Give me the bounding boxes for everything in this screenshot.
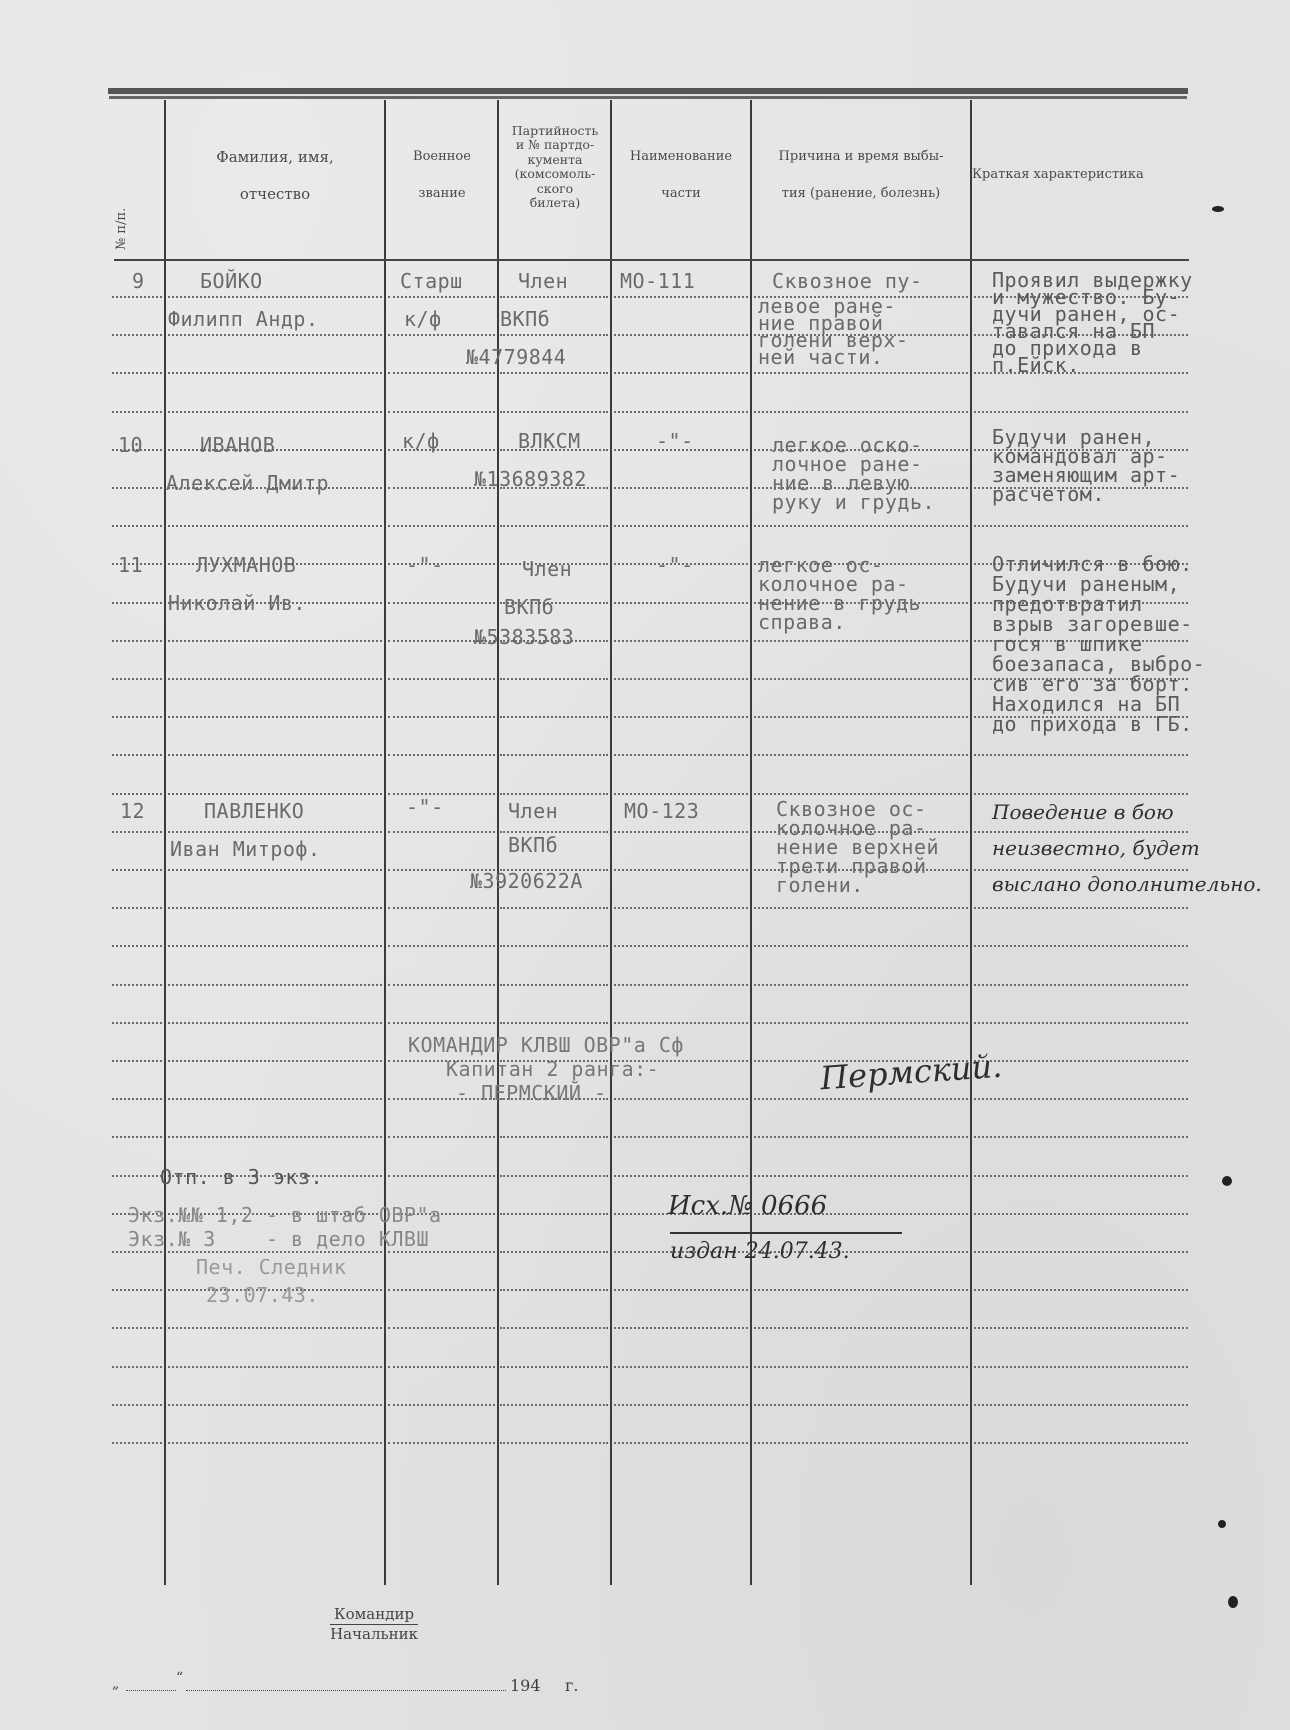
ruled-line bbox=[388, 984, 495, 986]
ruled-line bbox=[614, 640, 748, 642]
title-commander: Командир bbox=[330, 1605, 418, 1625]
row-10-party: ВЛКСМ bbox=[518, 432, 581, 451]
row-9-party: Член bbox=[518, 272, 568, 291]
row-12-cause-line: голени. bbox=[776, 873, 864, 897]
header-name-line1: Фамилия, имя, bbox=[168, 148, 382, 167]
row-9-cause: левое ране- ние правой голени верх- ней … bbox=[758, 298, 909, 366]
ruled-line bbox=[168, 1098, 382, 1100]
copies-line5: 23.07.43. bbox=[206, 1286, 319, 1305]
row-12-rank: -"- bbox=[406, 798, 444, 817]
ruled-line bbox=[614, 984, 748, 986]
ruled-line bbox=[754, 1289, 968, 1291]
row-9-cause: Сквозное пу- bbox=[772, 272, 923, 291]
row-9-num: 9 bbox=[132, 272, 145, 291]
ruled-line bbox=[168, 1251, 382, 1253]
ruled-line bbox=[112, 945, 162, 947]
row-10-cause-line: руку и грудь. bbox=[772, 490, 935, 514]
copies-line2: Экз.№№ 1,2 - в штаб ОВР"а bbox=[128, 1206, 442, 1225]
punch-mark bbox=[1212, 206, 1224, 212]
row-10-cause: легкое оско- лочное ране- ние в левую ру… bbox=[772, 436, 935, 512]
row-12-party: №3920622А bbox=[470, 872, 583, 891]
header-cause: Причина и время выбы- тия (ранение, боле… bbox=[752, 150, 970, 202]
ruled-line bbox=[754, 525, 968, 527]
ruled-line bbox=[754, 411, 968, 413]
ruled-line bbox=[614, 487, 748, 489]
header-unit: Наименование части bbox=[612, 150, 750, 202]
column-divider bbox=[497, 100, 499, 1585]
ruled-line bbox=[388, 1327, 495, 1329]
ruled-line bbox=[614, 678, 748, 680]
ruled-line bbox=[112, 678, 162, 680]
column-divider bbox=[164, 100, 166, 1585]
ruled-line bbox=[168, 907, 382, 909]
row-10-num: 10 bbox=[118, 436, 143, 455]
top-rule bbox=[108, 88, 1188, 96]
ruled-line bbox=[112, 907, 162, 909]
form-signatory-title: Командир Начальник bbox=[330, 1605, 418, 1643]
ruled-line bbox=[754, 640, 968, 642]
ruled-line bbox=[112, 1327, 162, 1329]
ruled-line bbox=[388, 334, 495, 336]
ruled-line bbox=[614, 1022, 748, 1024]
ruled-line bbox=[168, 372, 382, 374]
ruled-line bbox=[388, 1136, 495, 1138]
column-divider bbox=[610, 100, 612, 1585]
ruled-line bbox=[388, 602, 495, 604]
row-10-character-line: расчетом. bbox=[992, 482, 1105, 506]
row-11-character: Отличился в бою. Будучи раненым, предотв… bbox=[992, 554, 1205, 734]
ruled-line bbox=[500, 754, 608, 756]
row-9-party: ВКПб bbox=[500, 310, 550, 329]
ruled-line bbox=[112, 754, 162, 756]
ruled-line bbox=[500, 1442, 608, 1444]
header-name-line2: отчество bbox=[168, 185, 382, 204]
ruled-line bbox=[168, 1366, 382, 1368]
ruled-line bbox=[614, 754, 748, 756]
copies-line1: Отп. в 3 экз. bbox=[160, 1168, 323, 1187]
ruled-line bbox=[388, 411, 495, 413]
ruled-line bbox=[614, 1136, 748, 1138]
row-10-rank: к/ф bbox=[402, 432, 440, 451]
header-cause-line1: Причина и время выбы- bbox=[752, 150, 970, 165]
row-12-num: 12 bbox=[120, 802, 145, 821]
row-9-party: №4779844 bbox=[466, 348, 566, 367]
punch-mark bbox=[1218, 1520, 1226, 1528]
ruled-line bbox=[168, 525, 382, 527]
ruled-line bbox=[388, 1404, 495, 1406]
ruled-line bbox=[974, 1175, 1188, 1177]
ruled-line bbox=[168, 1442, 382, 1444]
ruled-line bbox=[500, 1404, 608, 1406]
issued-date: издан 24.07.43. bbox=[670, 1234, 850, 1270]
row-11-party: №5383583 bbox=[474, 628, 574, 647]
ruled-line bbox=[754, 372, 968, 374]
ruled-line bbox=[614, 1366, 748, 1368]
header-rank-line2: звание bbox=[388, 187, 496, 202]
ruled-line bbox=[500, 1327, 608, 1329]
row-9-cause-line: ней части. bbox=[758, 345, 883, 369]
ruled-line bbox=[500, 411, 608, 413]
ruled-line bbox=[168, 334, 382, 336]
ruled-line bbox=[974, 1327, 1188, 1329]
ruled-line bbox=[754, 1442, 968, 1444]
header-party-line: Партийность bbox=[499, 124, 611, 138]
row-11-cause-line: справа. bbox=[758, 610, 846, 634]
ruled-line bbox=[754, 1327, 968, 1329]
ruled-line bbox=[614, 907, 748, 909]
signature-line1: КОМАНДИР КЛВШ ОВР"а Сф bbox=[408, 1036, 684, 1055]
date-year-prefix: 194 bbox=[510, 1676, 541, 1695]
ruled-line bbox=[168, 793, 382, 795]
row-12-cause: Сквозное ос- колочное ра- нение верхней … bbox=[776, 800, 939, 895]
ruled-line bbox=[614, 945, 748, 947]
ruled-line bbox=[500, 334, 608, 336]
ruled-line bbox=[168, 296, 382, 298]
ruled-line bbox=[112, 716, 162, 718]
ruled-line bbox=[388, 372, 495, 374]
header-name: Фамилия, имя, отчество bbox=[168, 148, 382, 204]
ruled-line bbox=[974, 984, 1188, 986]
ruled-line bbox=[500, 678, 608, 680]
ruled-line bbox=[168, 1327, 382, 1329]
ruled-line bbox=[388, 1251, 495, 1253]
ruled-line bbox=[974, 1136, 1188, 1138]
ruled-line bbox=[500, 1136, 608, 1138]
ruled-line bbox=[388, 754, 495, 756]
header-unit-line1: Наименование bbox=[612, 150, 750, 165]
ruled-line bbox=[168, 869, 382, 871]
ruled-line bbox=[974, 1060, 1188, 1062]
ruled-line bbox=[112, 602, 162, 604]
ruled-line bbox=[500, 1213, 608, 1215]
header-party-line: и № партдо- bbox=[499, 138, 611, 152]
punch-mark bbox=[1222, 1176, 1232, 1186]
ruled-line bbox=[500, 907, 608, 909]
ruled-line bbox=[168, 716, 382, 718]
row-10-party: №13689382 bbox=[474, 470, 587, 489]
header-bottom-rule bbox=[114, 259, 1189, 261]
ruled-line bbox=[614, 1442, 748, 1444]
ruled-line bbox=[754, 1136, 968, 1138]
header-num: № п/п. bbox=[114, 208, 129, 250]
ruled-line bbox=[168, 831, 382, 833]
row-11-unit: -"- bbox=[656, 556, 694, 575]
ruled-line bbox=[974, 1366, 1188, 1368]
header-cause-line2: тия (ранение, болезнь) bbox=[752, 187, 970, 202]
ruled-line bbox=[614, 334, 748, 336]
date-open-quote: „ bbox=[112, 1676, 119, 1692]
ruled-line bbox=[500, 1366, 608, 1368]
row-11-num: 11 bbox=[118, 556, 143, 575]
ruled-line bbox=[388, 716, 495, 718]
ruled-line bbox=[974, 754, 1188, 756]
ruled-line bbox=[112, 793, 162, 795]
ruled-line bbox=[974, 1022, 1188, 1024]
ruled-line bbox=[168, 945, 382, 947]
ruled-line bbox=[614, 1404, 748, 1406]
ruled-line bbox=[388, 945, 495, 947]
ruled-line bbox=[974, 1442, 1188, 1444]
ruled-line bbox=[500, 1251, 608, 1253]
ruled-line bbox=[500, 372, 608, 374]
header-party-line: кумента bbox=[499, 153, 611, 167]
ruled-line bbox=[614, 411, 748, 413]
ruled-line bbox=[112, 640, 162, 642]
signature-line2: Капитан 2 ранга:- bbox=[446, 1060, 659, 1079]
handwritten-line: выслано дополнительно. bbox=[992, 872, 1262, 896]
ruled-line bbox=[168, 754, 382, 756]
ruled-line bbox=[974, 907, 1188, 909]
row-10-character: Будучи ранен, командовал ар- заменяющим … bbox=[992, 428, 1180, 504]
ruled-line bbox=[168, 1136, 382, 1138]
ruled-line bbox=[112, 372, 162, 374]
row-12-party: ВКПб bbox=[508, 836, 558, 855]
ruled-line bbox=[500, 984, 608, 986]
ruled-line bbox=[614, 602, 748, 604]
row-12-surname: ПАВЛЕНКО bbox=[204, 802, 304, 821]
date-close-quote: “ bbox=[176, 1670, 183, 1686]
ruled-line bbox=[500, 716, 608, 718]
row-11-party: Член bbox=[522, 560, 572, 579]
ruled-line bbox=[754, 716, 968, 718]
ruled-line bbox=[112, 525, 162, 527]
row-12-given: Иван Митроф. bbox=[170, 840, 321, 859]
ruled-line bbox=[754, 945, 968, 947]
ruled-line bbox=[388, 1442, 495, 1444]
row-12-character-handwritten: Поведение в бою неизвестно, будет выслан… bbox=[992, 794, 1262, 902]
ruled-line bbox=[614, 716, 748, 718]
ruled-line bbox=[112, 1175, 162, 1177]
ruled-line bbox=[112, 1060, 162, 1062]
outgoing-number: Исх.№ 0666 bbox=[668, 1188, 827, 1224]
header-party-line: ского bbox=[499, 182, 611, 196]
row-11-party: ВКПб bbox=[504, 598, 554, 617]
header-rank: Военное звание bbox=[388, 150, 496, 202]
header-party-line: (комсомоль- bbox=[499, 167, 611, 181]
ruled-line bbox=[112, 1366, 162, 1368]
ruled-line bbox=[614, 372, 748, 374]
handwritten-line: Поведение в бою bbox=[992, 800, 1174, 824]
date-month-blank bbox=[186, 1690, 506, 1691]
ruled-line bbox=[754, 1175, 968, 1177]
ruled-line bbox=[974, 1098, 1188, 1100]
ruled-line bbox=[754, 678, 968, 680]
commander-signature: Пермский. bbox=[819, 1048, 1003, 1097]
ruled-line bbox=[112, 1289, 162, 1291]
ruled-line bbox=[614, 869, 748, 871]
ruled-line bbox=[754, 1366, 968, 1368]
ruled-line bbox=[500, 1022, 608, 1024]
ruled-line bbox=[168, 678, 382, 680]
ruled-line bbox=[500, 1175, 608, 1177]
row-11-character-line: до прихода в ГБ. bbox=[992, 712, 1193, 736]
header-party-line: билета) bbox=[499, 196, 611, 210]
row-11-rank: -"- bbox=[406, 556, 444, 575]
ruled-line bbox=[500, 525, 608, 527]
ruled-line bbox=[388, 296, 495, 298]
punch-mark bbox=[1228, 1596, 1238, 1608]
ruled-line bbox=[388, 1366, 495, 1368]
ruled-line bbox=[974, 945, 1188, 947]
ruled-line bbox=[112, 411, 162, 413]
ruled-line bbox=[754, 793, 968, 795]
ruled-line bbox=[112, 869, 162, 871]
row-12-unit: МО-123 bbox=[624, 802, 699, 821]
row-9-surname: БОЙКО bbox=[200, 272, 263, 291]
signature-line3: - ПЕРМСКИЙ - bbox=[456, 1084, 607, 1103]
title-chief: Начальник bbox=[330, 1625, 418, 1643]
copies-line3: Экз.№ 3 - в дело КЛВШ bbox=[128, 1230, 429, 1249]
ruled-line bbox=[168, 1404, 382, 1406]
ruled-line bbox=[614, 831, 748, 833]
row-9-rank: Старш bbox=[400, 272, 463, 291]
ruled-line bbox=[614, 1289, 748, 1291]
ruled-line bbox=[974, 1404, 1188, 1406]
ruled-line bbox=[614, 525, 748, 527]
ruled-line bbox=[112, 334, 162, 336]
ruled-line bbox=[112, 487, 162, 489]
ruled-line bbox=[112, 1022, 162, 1024]
header-character: Краткая характеристика bbox=[972, 168, 1186, 183]
ruled-line bbox=[614, 1327, 748, 1329]
ruled-line bbox=[168, 411, 382, 413]
ruled-line bbox=[112, 1136, 162, 1138]
row-9-given: Филипп Андр. bbox=[168, 310, 319, 329]
ruled-line bbox=[614, 296, 748, 298]
ruled-line bbox=[974, 1213, 1188, 1215]
ruled-line bbox=[500, 793, 608, 795]
row-11-given: Николай Ив. bbox=[168, 594, 306, 613]
ruled-line bbox=[168, 1022, 382, 1024]
row-9-character: Проявил выдержку и мужество. Бу- дучи ра… bbox=[992, 272, 1193, 374]
row-12-party: Член bbox=[508, 802, 558, 821]
ruled-line bbox=[500, 945, 608, 947]
ruled-line bbox=[974, 525, 1188, 527]
ruled-line bbox=[614, 1098, 748, 1100]
ruled-line bbox=[754, 984, 968, 986]
column-divider bbox=[384, 100, 386, 1585]
ruled-line bbox=[168, 984, 382, 986]
row-9-unit: МО-111 bbox=[620, 272, 695, 291]
ruled-line bbox=[112, 1404, 162, 1406]
ruled-line bbox=[614, 1175, 748, 1177]
ruled-line bbox=[388, 831, 495, 833]
row-10-surname: ИВАНОВ bbox=[200, 436, 275, 455]
header-unit-line2: части bbox=[612, 187, 750, 202]
ruled-line bbox=[974, 1251, 1188, 1253]
handwritten-line: неизвестно, будет bbox=[992, 836, 1200, 860]
header-rank-line1: Военное bbox=[388, 150, 496, 165]
ruled-line bbox=[388, 678, 495, 680]
ruled-line bbox=[388, 1289, 495, 1291]
row-10-unit: -"- bbox=[656, 432, 694, 451]
ruled-line bbox=[168, 640, 382, 642]
ruled-line bbox=[388, 907, 495, 909]
ruled-line bbox=[500, 1289, 608, 1291]
ruled-line bbox=[754, 1098, 968, 1100]
ruled-line bbox=[754, 1022, 968, 1024]
ruled-line bbox=[112, 984, 162, 986]
ruled-line bbox=[112, 1098, 162, 1100]
ruled-line bbox=[388, 1022, 495, 1024]
document-page: № п/п. Фамилия, имя, отчество Военное зв… bbox=[0, 0, 1290, 1730]
ruled-line bbox=[388, 1175, 495, 1177]
header-party: Партийность и № партдо- кумента (комсомо… bbox=[499, 124, 611, 210]
ruled-line bbox=[168, 1060, 382, 1062]
ruled-line bbox=[754, 907, 968, 909]
ruled-line bbox=[974, 1289, 1188, 1291]
ruled-line bbox=[614, 793, 748, 795]
column-divider bbox=[970, 100, 972, 1585]
ruled-line bbox=[500, 296, 608, 298]
column-divider bbox=[750, 100, 752, 1585]
ruled-line bbox=[112, 296, 162, 298]
date-day-blank bbox=[126, 1690, 176, 1691]
ruled-line bbox=[112, 1251, 162, 1253]
row-9-character-line: п.Ейск. bbox=[992, 353, 1080, 377]
row-11-surname: ЛУХМАНОВ bbox=[196, 556, 296, 575]
ruled-line bbox=[112, 831, 162, 833]
ruled-line bbox=[754, 1404, 968, 1406]
date-year-suffix: г. bbox=[565, 1676, 578, 1695]
copies-line4: Печ. Следник bbox=[196, 1258, 347, 1277]
row-10-given: Алексей Дмитр bbox=[166, 474, 329, 493]
ruled-line bbox=[974, 411, 1188, 413]
row-9-rank: к/ф bbox=[404, 310, 442, 329]
ruled-line bbox=[388, 525, 495, 527]
ruled-line bbox=[754, 754, 968, 756]
ruled-line bbox=[112, 1442, 162, 1444]
row-11-cause: легкое ос- колочное ра- нение в грудь сп… bbox=[758, 556, 921, 632]
